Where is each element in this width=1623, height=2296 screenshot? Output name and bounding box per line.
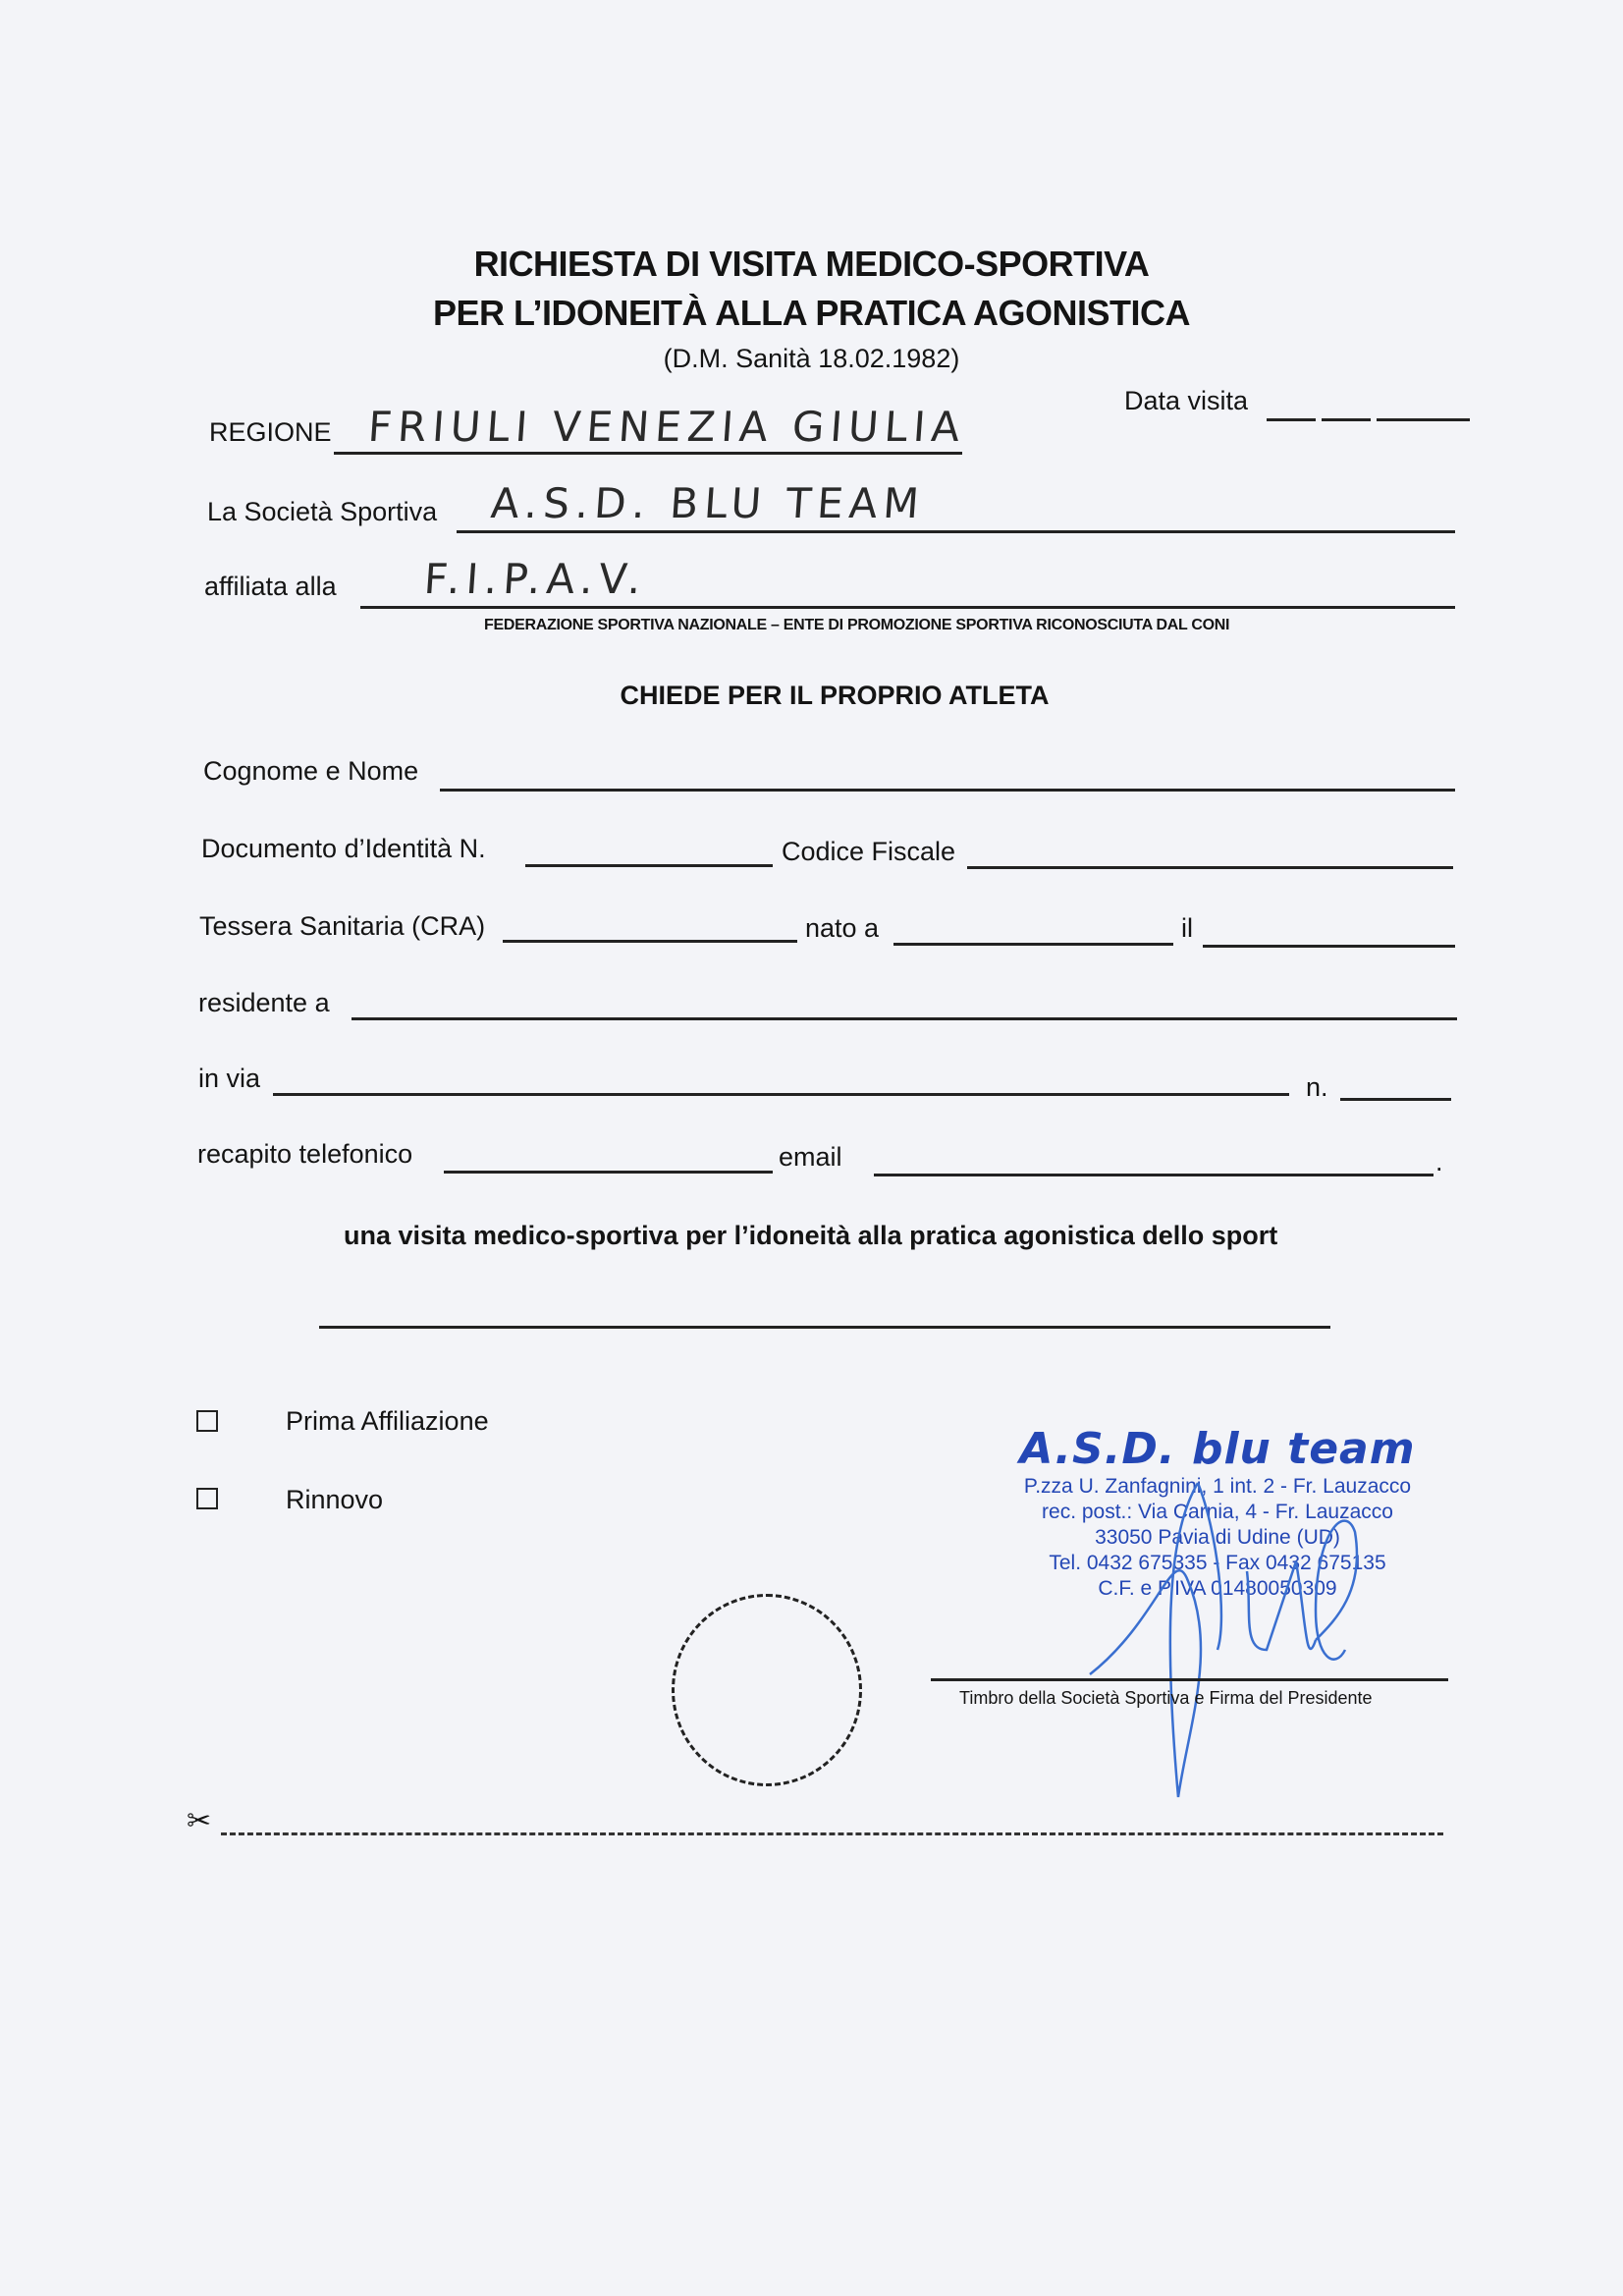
street-number-field[interactable] bbox=[1340, 1098, 1451, 1101]
health-card-label: Tessera Sanitaria (CRA) bbox=[199, 911, 485, 942]
tax-code-label: Codice Fiscale bbox=[782, 837, 955, 867]
birthplace-field[interactable] bbox=[893, 943, 1173, 946]
form-subtitle: (D.M. Sanità 18.02.1982) bbox=[0, 344, 1623, 374]
id-document-field[interactable] bbox=[525, 864, 773, 867]
region-field[interactable] bbox=[334, 452, 962, 455]
email-suffix: . bbox=[1435, 1147, 1443, 1177]
request-text: una visita medico-sportiva per l’idoneit… bbox=[344, 1221, 1277, 1251]
affiliation-note: FEDERAZIONE SPORTIVA NAZIONALE – ENTE DI… bbox=[484, 617, 1229, 634]
society-value: A.S.D. BLU TEAM bbox=[489, 479, 926, 527]
street-label: in via bbox=[198, 1064, 260, 1094]
name-label: Cognome e Nome bbox=[203, 756, 418, 787]
athlete-heading: CHIEDE PER IL PROPRIO ATLETA bbox=[0, 681, 1623, 711]
affiliation-value: F.I.P.A.V. bbox=[422, 555, 648, 603]
health-card-field[interactable] bbox=[503, 940, 797, 943]
society-field[interactable] bbox=[457, 530, 1455, 533]
birthdate-field[interactable] bbox=[1203, 945, 1455, 948]
region-label: REGIONE bbox=[209, 417, 332, 448]
cut-line bbox=[221, 1832, 1443, 1835]
phone-label: recapito telefonico bbox=[197, 1139, 412, 1170]
birthdate-label: il bbox=[1181, 913, 1193, 944]
affiliation-field[interactable] bbox=[360, 606, 1455, 609]
name-field[interactable] bbox=[440, 789, 1455, 792]
visit-date-label: Data visita bbox=[1124, 386, 1248, 416]
visit-date-field[interactable] bbox=[1267, 391, 1470, 422]
email-field[interactable] bbox=[874, 1174, 1434, 1176]
affiliation-label: affiliata alla bbox=[204, 572, 337, 602]
region-value: FRIULI VENEZIA GIULIA bbox=[366, 403, 967, 451]
birthplace-label: nato a bbox=[805, 913, 879, 944]
form-title-line-1: RICHIESTA DI VISITA MEDICO-SPORTIVA bbox=[0, 244, 1623, 285]
stamp-circle bbox=[672, 1594, 862, 1786]
president-signature bbox=[1070, 1473, 1384, 1807]
first-affiliation-checkbox[interactable] bbox=[196, 1410, 218, 1432]
id-document-label: Documento d’Identità N. bbox=[201, 834, 486, 864]
renewal-label: Rinnovo bbox=[286, 1485, 383, 1515]
phone-field[interactable] bbox=[444, 1171, 773, 1174]
renewal-checkbox[interactable] bbox=[196, 1488, 218, 1509]
stamp-name: A.S.D. blu team bbox=[972, 1424, 1463, 1474]
residence-field[interactable] bbox=[352, 1017, 1457, 1020]
signature-caption: Timbro della Società Sportiva e Firma de… bbox=[959, 1688, 1373, 1709]
street-number-label: n. bbox=[1306, 1072, 1328, 1103]
street-field[interactable] bbox=[273, 1093, 1289, 1096]
sport-field[interactable] bbox=[319, 1326, 1330, 1329]
first-affiliation-label: Prima Affiliazione bbox=[286, 1406, 489, 1437]
email-label: email bbox=[779, 1142, 842, 1173]
society-label: La Società Sportiva bbox=[207, 497, 437, 527]
residence-label: residente a bbox=[198, 988, 330, 1018]
tax-code-field[interactable] bbox=[967, 866, 1453, 869]
form-title-line-2: PER L’IDONEITÀ ALLA PRATICA AGONISTICA bbox=[0, 293, 1623, 334]
signature-line[interactable] bbox=[931, 1678, 1448, 1681]
scissors-icon: ✂ bbox=[187, 1807, 211, 1836]
